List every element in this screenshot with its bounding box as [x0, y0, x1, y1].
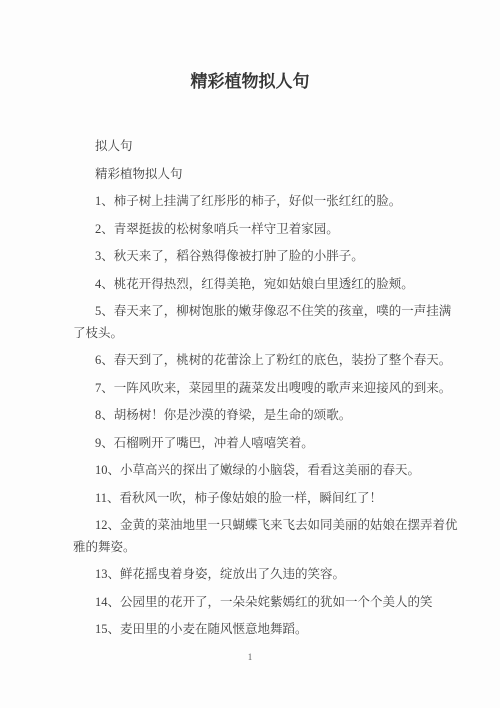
sentence-item-15: 15、麦田里的小麦在随风惬意地舞蹈。: [73, 619, 460, 641]
page-title: 精彩植物拟人句: [0, 0, 500, 92]
sentence-item-14: 14、公园里的花开了，一朵朵姹紫嫣红的犹如一个个美人的笑: [73, 592, 460, 614]
sentence-item-7: 7、一阵风吹来，菜园里的蔬菜发出嗖嗖的歌声来迎接风的到来。: [73, 378, 460, 400]
sentence-item-4: 4、桃花开得热烈，红得美艳，宛如姑娘白里透红的脸颊。: [73, 274, 460, 296]
section-heading: 精彩植物拟人句: [73, 164, 460, 186]
sentence-item-6: 6、春天到了，桃树的花蕾涂上了粉红的底色，装扮了整个春天。: [73, 350, 460, 372]
sentence-item-12: 12、金黄的菜油地里一只蝴蝶飞来飞去如同美丽的姑娘在摆弄着优雅的舞姿。: [73, 515, 460, 558]
sentence-item-3: 3、秋天来了，稻谷熟得像被打肿了脸的小胖子。: [73, 246, 460, 268]
sentence-item-5: 5、春天来了，柳树饱胀的嫩芽像忍不住笑的孩童，噗的一声挂满了枝头。: [73, 301, 460, 344]
sentence-item-11: 11、看秋风一吹，柿子像姑娘的脸一样，瞬间红了！: [73, 488, 460, 510]
intro-heading: 拟人句: [73, 136, 460, 158]
sentence-item-1: 1、柿子树上挂满了红彤彤的柿子，好似一张红红的脸。: [73, 191, 460, 213]
sentence-item-10: 10、小草高兴的探出了嫩绿的小脑袋，看看这美丽的春天。: [73, 460, 460, 482]
sentence-item-8: 8、胡杨树！你是沙漠的脊梁，是生命的颂歌。: [73, 405, 460, 427]
page-number: 1: [0, 651, 500, 663]
document-page: 精彩植物拟人句 拟人句 精彩植物拟人句 1、柿子树上挂满了红彤彤的柿子，好似一张…: [0, 0, 500, 708]
sentence-item-13: 13、鲜花摇曳着身姿，绽放出了久违的笑容。: [73, 564, 460, 586]
sentence-item-9: 9、石榴咧开了嘴巴，冲着人嘻嘻笑着。: [73, 433, 460, 455]
document-body: 拟人句 精彩植物拟人句 1、柿子树上挂满了红彤彤的柿子，好似一张红红的脸。 2、…: [0, 92, 500, 641]
sentence-item-2: 2、青翠挺拔的松树象哨兵一样守卫着家园。: [73, 219, 460, 241]
